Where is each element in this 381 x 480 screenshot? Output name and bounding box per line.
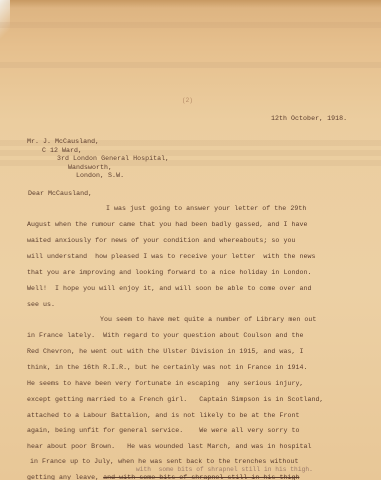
struck-text: and with some bits of shrapnel still in … — [103, 474, 299, 480]
bleed-through — [0, 62, 381, 68]
body-line: will understand how pleased I was to rec… — [27, 253, 316, 261]
body-line: that you are improving and looking forwa… — [27, 269, 312, 277]
body-line: August when the rumour came that you had… — [27, 221, 307, 229]
body-line: except getting married to a French girl.… — [27, 396, 324, 404]
body-line: Red Chevron, he went out with the Ulster… — [27, 348, 303, 356]
last-line-text: getting any leave, — [27, 474, 103, 480]
recipient-district: Wandsworth, — [68, 164, 112, 172]
body-line: think, in the 16th R.I.R., but he certai… — [27, 364, 307, 372]
recipient-name: Mr. J. McCausland, — [27, 138, 99, 146]
body-line: again, being unfit for general service. … — [27, 427, 299, 435]
body-line: I was just going to answer your letter o… — [106, 205, 306, 213]
body-line: Well! I hope you will enjoy it, and will… — [27, 285, 312, 293]
handwritten-insertion: with some bits of shrapnel still in his … — [136, 466, 313, 474]
letter-page: (2) 12th October, 1918. Mr. J. McCauslan… — [0, 0, 381, 480]
recipient-hospital: 3rd London General Hospital, — [57, 155, 169, 163]
letter-date: 12th October, 1918. — [271, 115, 347, 123]
paper-corner — [0, 0, 10, 40]
body-line: hear about poor Brown. He was wounded la… — [27, 443, 312, 451]
body-line: He seems to have been very fortunate in … — [27, 380, 303, 388]
salutation: Dear McCausland, — [28, 190, 92, 198]
body-line: in France up to July, when he was sent b… — [30, 458, 298, 466]
body-line: waited anxiously for news of your condit… — [27, 237, 295, 245]
body-line: You seem to have met quite a number of L… — [100, 316, 316, 324]
paper-crease — [0, 0, 381, 8]
body-line: attached to a Labour Battalion, and is n… — [27, 412, 299, 420]
page-number: (2) — [182, 97, 193, 105]
recipient-city: London, S.W. — [76, 172, 124, 180]
bleed-through — [0, 22, 381, 28]
body-line: in France lately. With regard to your qu… — [27, 332, 303, 340]
body-line: see us. — [27, 301, 55, 309]
recipient-ward: C 12 Ward, — [42, 147, 82, 155]
last-line: getting any leave, and with some bits of… — [27, 474, 299, 480]
